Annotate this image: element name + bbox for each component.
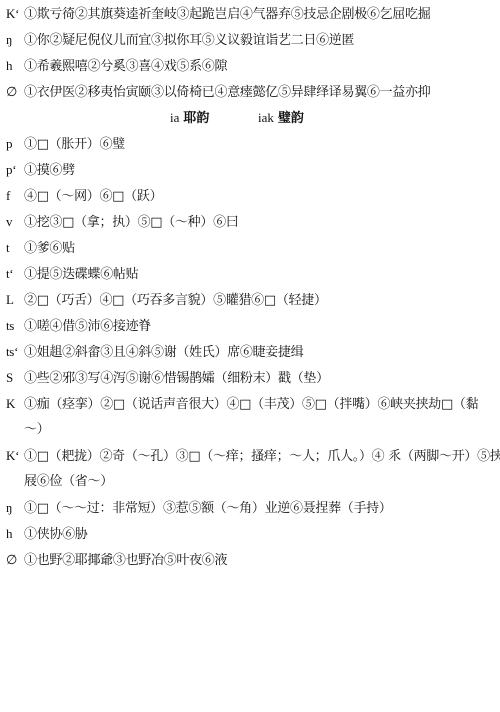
entry-line: ∅①也野②耶揶爺③也野冶⑤叶夜⑥液 bbox=[6, 550, 227, 570]
entry-continuation: 屐⑥俭（省～） bbox=[24, 472, 113, 492]
entry-text: ①提⑤迭碟蝶⑥帖贴 bbox=[24, 267, 138, 282]
initial-label: t bbox=[6, 238, 24, 258]
entry-line: h①希羲熙嘻②兮奚③喜④戏⑤系⑥隙 bbox=[6, 56, 227, 76]
initial-label: L bbox=[6, 290, 24, 310]
initial-label: t‘ bbox=[6, 264, 24, 284]
initial-label: ts bbox=[6, 316, 24, 336]
entry-text: ④□（～网）⑥□（跃） bbox=[24, 189, 162, 204]
initial-label: p‘ bbox=[6, 160, 24, 180]
initial-label: f bbox=[6, 186, 24, 206]
entry-line: L②□（巧舌）④□（巧吞多言貌）⑤矔猎⑥□（轻捷） bbox=[6, 290, 327, 310]
entry-text: ①衣伊医②移夷怡寅颐③以倚椅已④意瘗懿亿⑤异肆绎译易翼⑥一益亦抑 bbox=[24, 85, 430, 100]
initial-label: h bbox=[6, 56, 24, 76]
entry-text: ①也野②耶揶爺③也野冶⑤叶夜⑥液 bbox=[24, 553, 227, 568]
initial-label: K‘ bbox=[6, 446, 24, 466]
entry-line: t‘①提⑤迭碟蝶⑥帖贴 bbox=[6, 264, 138, 284]
entry-line: K‘①欺亏徛②其旗葵逵祈奎岐③起跪岂启④气器弃⑤技忌企剧极⑥乞屈吃掘 bbox=[6, 4, 430, 24]
entry-line: ∅①衣伊医②移夷怡寅颐③以倚椅已④意瘗懿亿⑤异肆绎译易翼⑥一益亦抑 bbox=[6, 82, 430, 102]
entry-text: ①欺亏徛②其旗葵逵祈奎岐③起跪岂启④气器弃⑤技忌企剧极⑥乞屈吃掘 bbox=[24, 7, 430, 22]
entry-line: p‘①摸⑥劈 bbox=[6, 160, 75, 180]
entry-line: ts‘①姐趄②斜畲③且④斜⑤谢（姓氏）席⑥睫妾捷缉 bbox=[6, 342, 303, 362]
initial-label: ŋ bbox=[6, 30, 24, 50]
section-heading-iak: iak璧韵 bbox=[258, 108, 304, 128]
entry-text: ①摸⑥劈 bbox=[24, 163, 75, 178]
entry-text: ①希羲熙嘻②兮奚③喜④戏⑤系⑥隙 bbox=[24, 59, 227, 74]
initial-label: ts‘ bbox=[6, 342, 24, 362]
entry-line: t①爹⑥贴 bbox=[6, 238, 75, 258]
entry-text: ①些②邪③写④泻⑤谢⑥惜锡鹊孀（细粉末）戳（垫） bbox=[24, 371, 329, 386]
entry-text: 屐⑥俭（省～） bbox=[24, 474, 113, 489]
entry-line: v①挖③□（拿；执）⑤□（～种）⑥曰 bbox=[6, 212, 238, 232]
section-heading-ia: ia耶韵 bbox=[170, 108, 209, 128]
initial-label: v bbox=[6, 212, 24, 232]
entry-text: ①你②疑尼倪仪儿而宜③拟你耳⑤义议毅谊诣艺二日⑥逆匿 bbox=[24, 33, 354, 48]
initial-label: p bbox=[6, 134, 24, 154]
initial-label: ∅ bbox=[6, 82, 24, 102]
entry-text: ①嗟④借⑤沛⑥接迹脊 bbox=[24, 319, 151, 334]
entry-line: K①痂（痉挛）②□（说话声音很大）④□（丰茂）⑤□（拌嘴）⑥峡夹挟劫□（黏 bbox=[6, 394, 478, 414]
entry-continuation: ～） bbox=[24, 420, 49, 440]
initial-label: K‘ bbox=[6, 4, 24, 24]
entry-text: ～） bbox=[24, 422, 49, 437]
initial-label: ∅ bbox=[6, 550, 24, 570]
entry-text: ①□（～～过：非常短）③惹⑤额（～角）业逆⑥聂捏葬（手持） bbox=[24, 501, 392, 516]
entry-text: ①侠协⑥胁 bbox=[24, 527, 88, 542]
entry-text: ②□（巧舌）④□（巧吞多言貌）⑤矔猎⑥□（轻捷） bbox=[24, 293, 327, 308]
entry-text: ①□（耙拢）②奇（～孔）③□（～痒；搔痒；～人；爪人。）④ 乑（两脚～开）⑤挟 bbox=[24, 449, 500, 464]
entry-line: ŋ①你②疑尼倪仪儿而宜③拟你耳⑤义议毅谊诣艺二日⑥逆匿 bbox=[6, 30, 354, 50]
initial-label: K bbox=[6, 394, 24, 414]
entry-line: S①些②邪③写④泻⑤谢⑥惜锡鹊孀（细粉末）戳（垫） bbox=[6, 368, 329, 388]
initial-label: S bbox=[6, 368, 24, 388]
entry-text: ①姐趄②斜畲③且④斜⑤谢（姓氏）席⑥睫妾捷缉 bbox=[24, 345, 303, 360]
entry-line: f④□（～网）⑥□（跃） bbox=[6, 186, 162, 206]
entry-line: ts①嗟④借⑤沛⑥接迹脊 bbox=[6, 316, 151, 336]
initial-label: ŋ bbox=[6, 498, 24, 518]
entry-text: ①痂（痉挛）②□（说话声音很大）④□（丰茂）⑤□（拌嘴）⑥峡夹挟劫□（黏 bbox=[24, 397, 478, 412]
entry-line: K‘①□（耙拢）②奇（～孔）③□（～痒；搔痒；～人；爪人。）④ 乑（两脚～开）⑤… bbox=[6, 446, 500, 466]
entry-text: ①挖③□（拿；执）⑤□（～种）⑥曰 bbox=[24, 215, 238, 230]
initial-label: h bbox=[6, 524, 24, 544]
entry-text: ①爹⑥贴 bbox=[24, 241, 75, 256]
entry-line: h①侠协⑥胁 bbox=[6, 524, 88, 544]
entry-text: ①□（胀开）⑥璧 bbox=[24, 137, 125, 152]
entry-line: ŋ①□（～～过：非常短）③惹⑤额（～角）业逆⑥聂捏葬（手持） bbox=[6, 498, 392, 518]
entry-line: p①□（胀开）⑥璧 bbox=[6, 134, 125, 154]
